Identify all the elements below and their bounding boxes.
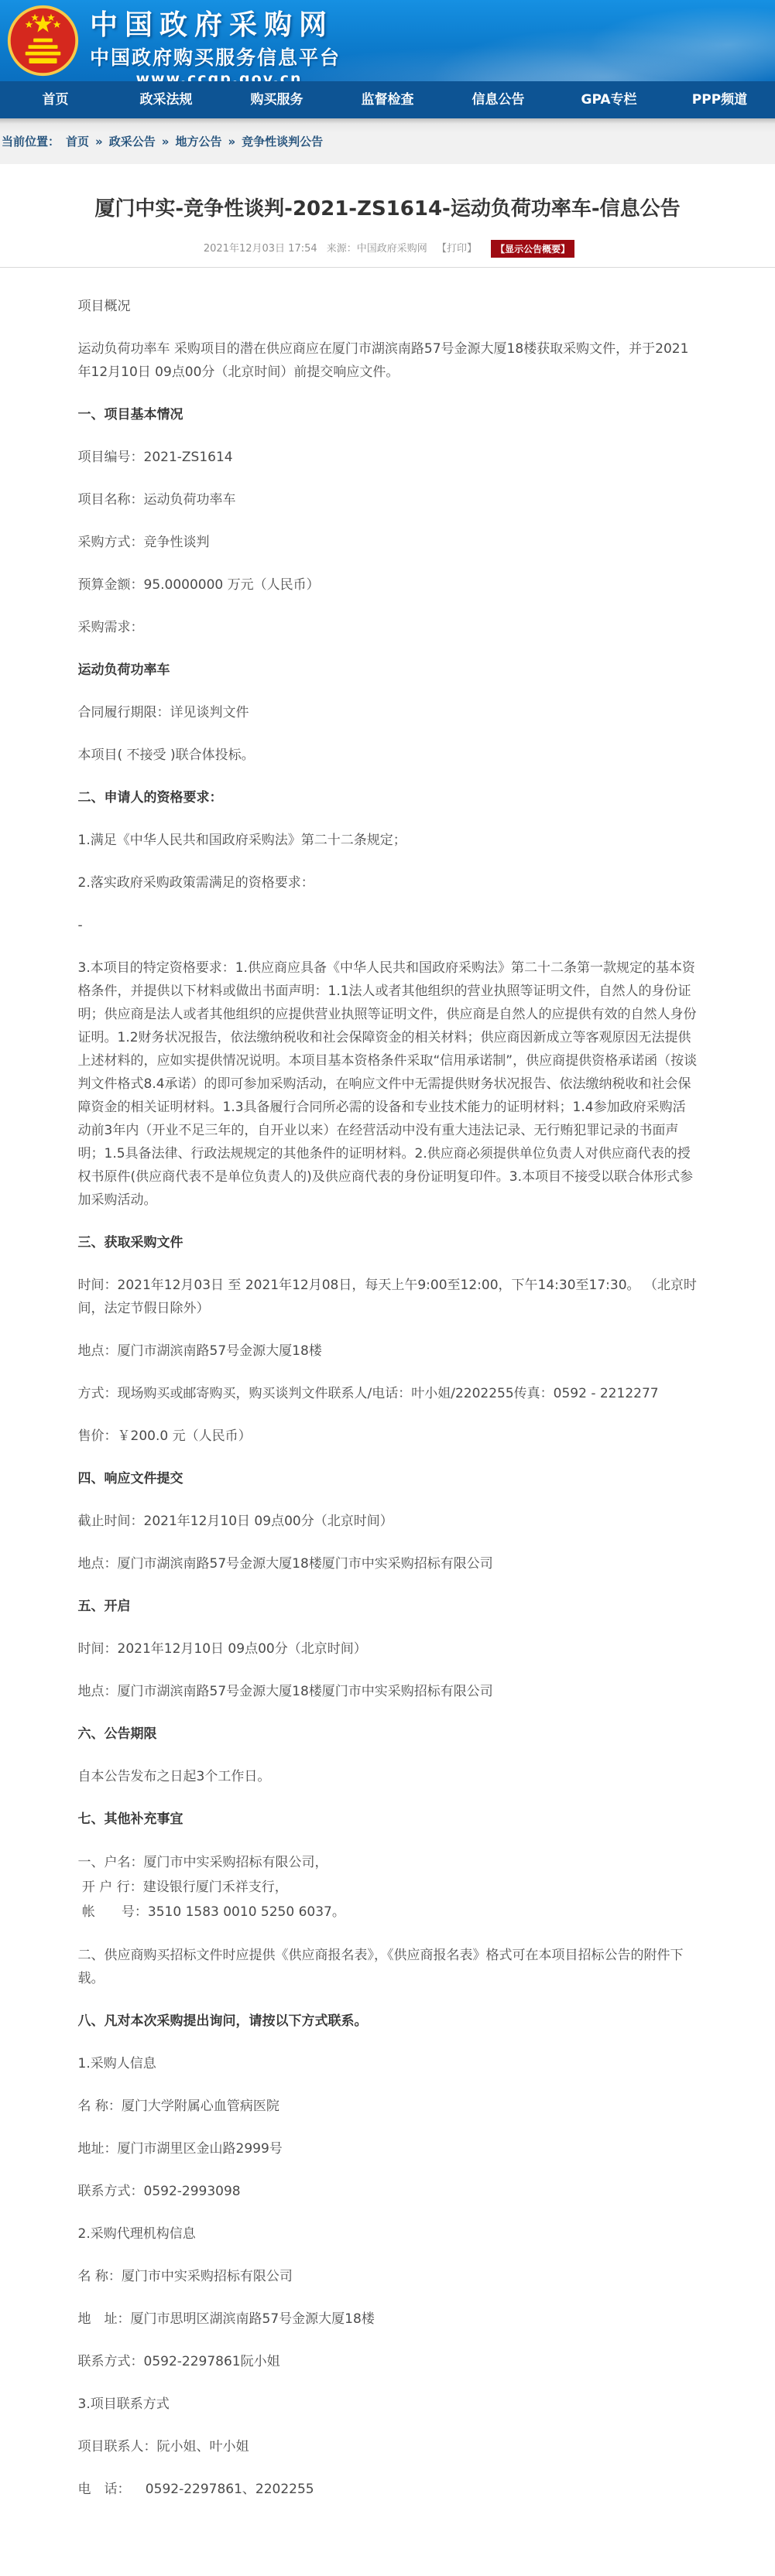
- nav-item-4[interactable]: 监督检查: [332, 81, 443, 118]
- page: 中国政府采购网 中国政府购买服务信息平台 www.ccgp.gov.cn 首页政…: [0, 0, 775, 2576]
- breadcrumb-separator: »: [162, 135, 170, 149]
- article-paragraph: 地点：厦门市湖滨南路57号金源大厦18楼厦门市中实采购招标有限公司: [78, 1552, 698, 1575]
- article-paragraph: 运动负荷功率车 采购项目的潜在供应商应在厦门市湖滨南路57号金源大厦18楼获取采…: [78, 337, 698, 384]
- article-paragraph: 帐 号：3510 1583 0010 5250 6037。: [78, 1900, 698, 1924]
- breadcrumb-separator: »: [228, 135, 235, 149]
- breadcrumb-item-1[interactable]: 首页: [66, 133, 89, 149]
- page-title: 厦门中实-竞争性谈判-2021-ZS1614-运动负荷功率车-信息公告: [0, 164, 775, 221]
- publish-datetime: 2021年12月03日 17:54: [204, 243, 317, 255]
- national-emblem-icon: [6, 4, 80, 77]
- article-paragraph: 售价：￥200.0 元（人民币）: [78, 1425, 698, 1448]
- breadcrumb-separator: »: [95, 135, 103, 149]
- section-heading: 七、其他补充事宜: [78, 1808, 698, 1831]
- section-heading: 五、开启: [78, 1595, 698, 1618]
- article: 厦门中实-竞争性谈判-2021-ZS1614-运动负荷功率车-信息公告 2021…: [0, 164, 775, 2576]
- article-paragraph: 项目联系人：阮小姐、叶小姐: [78, 2435, 698, 2458]
- article-paragraph: 采购需求：: [78, 616, 698, 639]
- print-button[interactable]: 【打印】: [437, 243, 477, 255]
- article-paragraph: 方式：现场购买或邮寄购买，购买谈判文件联系人/电话：叶小姐/2202255传真：…: [78, 1382, 698, 1405]
- article-paragraph: 开 户 行：建设银行厦门禾祥支行，: [78, 1875, 698, 1900]
- breadcrumb-bar: 当前位置： 首页»政采公告»地方公告»竞争性谈判公告: [0, 118, 775, 164]
- article-paragraph: 时间：2021年12月03日 至 2021年12月08日，每天上午9:00至12…: [78, 1274, 698, 1320]
- article-paragraph: 联系方式：0592-2993098: [78, 2180, 698, 2203]
- article-paragraph: 3.本项目的特定资格要求：1.供应商应具备《中华人民共和国政府采购法》第二十二条…: [78, 956, 698, 1212]
- article-paragraph: 二、供应商购买招标文件时应提供《供应商报名表》，《供应商报名表》格式可在本项目招…: [78, 1944, 698, 1990]
- nav-item-2[interactable]: 政采法规: [111, 81, 221, 118]
- section-heading: 六、公告期限: [78, 1722, 698, 1746]
- breadcrumb-item-3[interactable]: 地方公告: [175, 133, 221, 149]
- article-paragraph: 自本公告发布之日起3个工作日。: [78, 1765, 698, 1788]
- article-paragraph: 地 址：厦门市思明区湖滨南路57号金源大厦18楼: [78, 2307, 698, 2331]
- article-paragraph: 预算金额：95.0000000 万元（人民币）: [78, 573, 698, 597]
- article-paragraph: 名 称：厦门大学附属心血管病医院: [78, 2095, 698, 2118]
- main-nav: 首页政采法规购买服务监督检查信息公告GPA专栏PPP频道: [0, 81, 775, 118]
- section-heading: 八、凡对本次采购提出询问，请按以下方式联系。: [78, 2010, 698, 2033]
- article-paragraph: 名 称：厦门市中实采购招标有限公司: [78, 2265, 698, 2288]
- breadcrumb-item-2[interactable]: 政采公告: [109, 133, 156, 149]
- article-paragraph: 本项目( 不接受 )联合体投标。: [78, 744, 698, 767]
- section-heading: 三、获取采购文件: [78, 1231, 698, 1254]
- nav-item-7[interactable]: PPP频道: [664, 81, 775, 118]
- nav-item-5[interactable]: 信息公告: [443, 81, 554, 118]
- article-paragraph: 1.满足《中华人民共和国政府采购法》第二十二条规定；: [78, 829, 698, 852]
- article-paragraph: 项目编号：2021-ZS1614: [78, 446, 698, 469]
- article-meta: 2021年12月03日 17:54 来源：中国政府采购网 【打印】 【显示公告概…: [0, 240, 775, 258]
- article-paragraph: 电 话： 0592-2297861、2202255: [78, 2478, 698, 2501]
- article-paragraph: 地点：厦门市湖滨南路57号金源大厦18楼: [78, 1339, 698, 1363]
- show-summary-button[interactable]: 【显示公告概要】: [491, 240, 574, 258]
- article-paragraph: 采购方式：竞争性谈判: [78, 531, 698, 554]
- article-paragraph: 2.采购代理机构信息: [78, 2222, 698, 2246]
- article-paragraph: 3.项目联系方式: [78, 2393, 698, 2416]
- nav-item-3[interactable]: 购买服务: [221, 81, 332, 118]
- breadcrumb-item-4: 竞争性谈判公告: [242, 133, 323, 149]
- section-heading: 一、项目基本情况: [78, 403, 698, 426]
- section-heading: 四、响应文件提交: [78, 1467, 698, 1490]
- breadcrumb-trail: 首页»政采公告»地方公告»竞争性谈判公告: [60, 133, 327, 149]
- article-paragraph: 1.采购人信息: [78, 2052, 698, 2075]
- nav-item-6[interactable]: GPA专栏: [554, 81, 664, 118]
- breadcrumb-label: 当前位置：: [2, 133, 60, 149]
- article-paragraph: 联系方式：0592-2297861阮小姐: [78, 2350, 698, 2373]
- section-heading: 运动负荷功率车: [78, 659, 698, 682]
- article-source: 来源：中国政府采购网: [327, 243, 427, 255]
- section-heading: 二、申请人的资格要求：: [78, 786, 698, 809]
- site-header: 中国政府采购网 中国政府购买服务信息平台 www.ccgp.gov.cn: [0, 0, 775, 81]
- nav-item-1[interactable]: 首页: [0, 81, 111, 118]
- article-paragraph: 项目概况: [78, 295, 698, 318]
- article-paragraph: 2.落实政府采购政策需满足的资格要求：: [78, 871, 698, 895]
- article-paragraph: 地址：厦门市湖里区金山路2999号: [78, 2137, 698, 2160]
- article-paragraph: -: [78, 914, 698, 937]
- article-paragraph: 地点：厦门市湖滨南路57号金源大厦18楼厦门市中实采购招标有限公司: [78, 1680, 698, 1703]
- brand: 中国政府采购网 中国政府购买服务信息平台 www.ccgp.gov.cn: [90, 3, 348, 81]
- article-content: 项目概况运动负荷功率车 采购项目的潜在供应商应在厦门市湖滨南路57号金源大厦18…: [78, 268, 698, 2576]
- site-url: www.ccgp.gov.cn: [90, 70, 348, 81]
- article-paragraph: 合同履行期限：详见谈判文件: [78, 701, 698, 724]
- article-paragraph: 项目名称：运动负荷功率车: [78, 488, 698, 511]
- site-subtitle: 中国政府购买服务信息平台: [90, 43, 348, 70]
- article-paragraph: 一、户名：厦门市中实采购招标有限公司，: [78, 1850, 698, 1875]
- site-title: 中国政府采购网: [90, 3, 348, 43]
- article-paragraph: 截止时间：2021年12月10日 09点00分（北京时间）: [78, 1510, 698, 1533]
- article-paragraph: 时间：2021年12月10日 09点00分（北京时间）: [78, 1637, 698, 1661]
